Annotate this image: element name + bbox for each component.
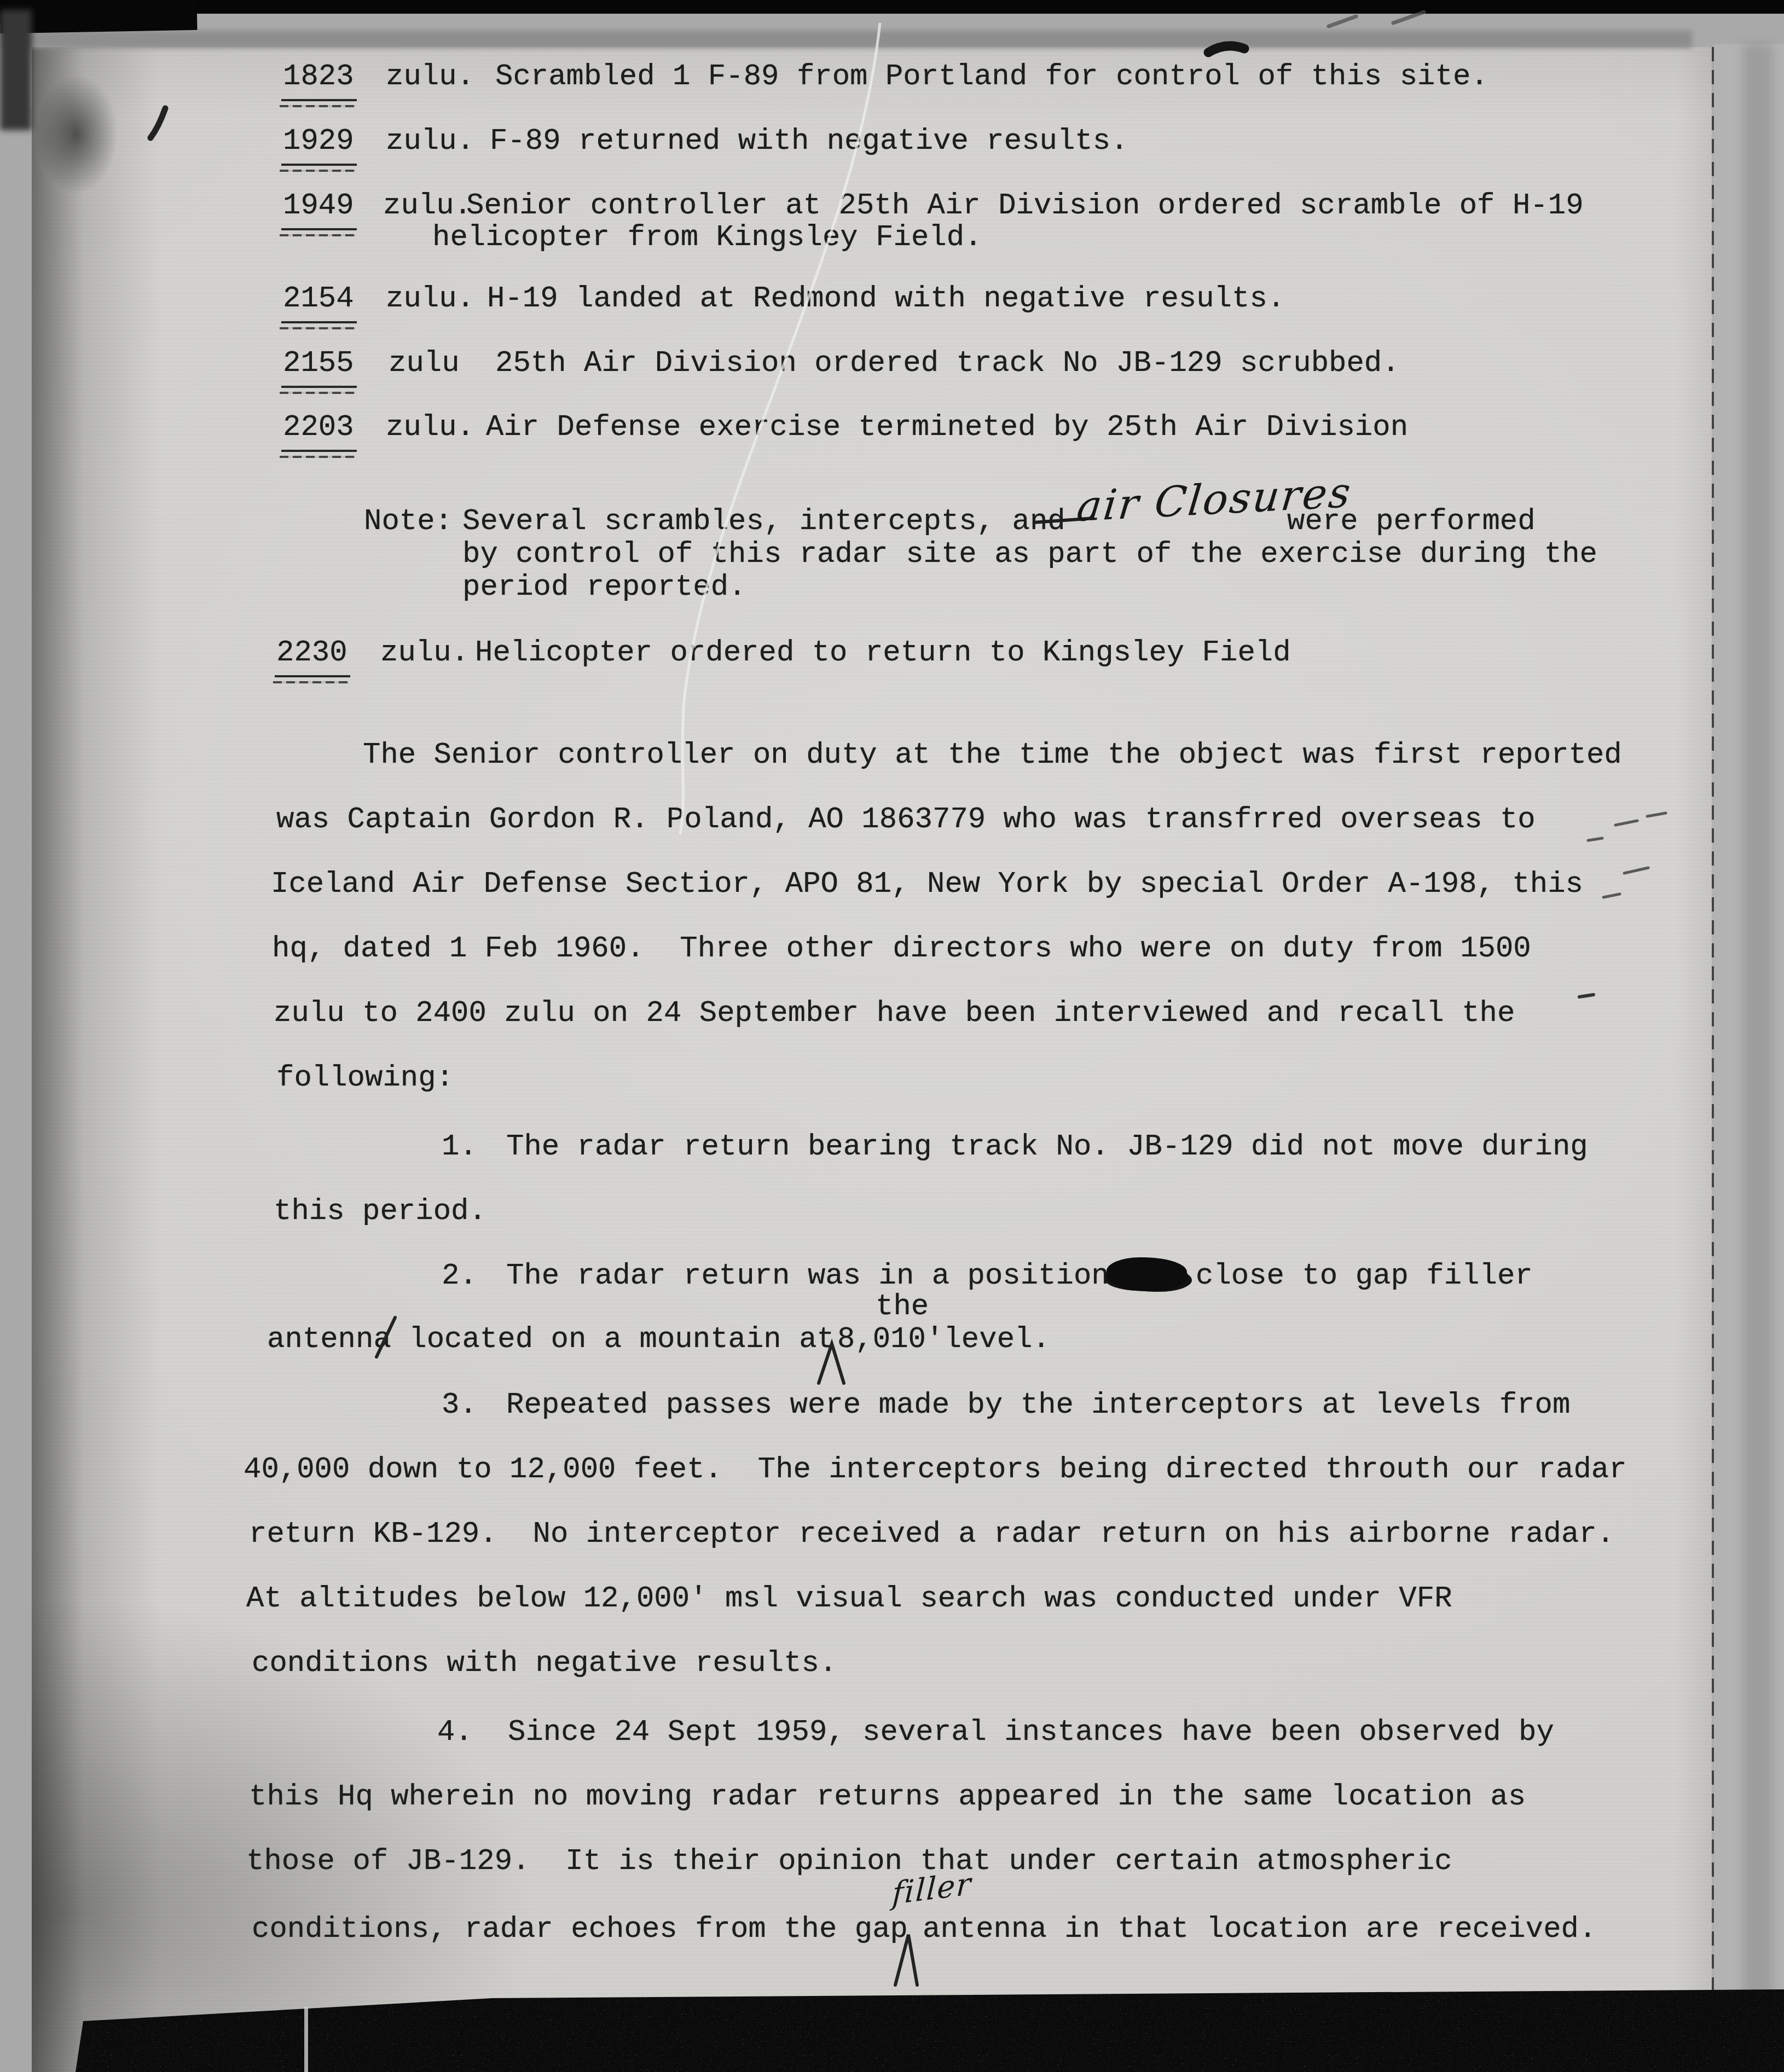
log-time: 1823 [283, 61, 354, 93]
note-line1: Several scrambles, intercepts, and [462, 506, 1065, 538]
list-item-text: 40,000 down to 12,000 feet. The intercep… [244, 1454, 1627, 1486]
list-item-text: those of JB-129. It is their opinion tha… [246, 1846, 1452, 1878]
log-entry: 2203 [283, 412, 354, 444]
note-line2: by control of this radar site as part of… [462, 539, 1597, 571]
log-text: Air Defense exercise termineted by 25th … [486, 412, 1408, 444]
log-zulu: zulu. [386, 126, 474, 158]
typed-insertion: the [876, 1291, 929, 1323]
scan-streak [0, 31, 1692, 48]
list-item-text: this Hq wherein no moving radar returns … [249, 1781, 1526, 1813]
list-item-number: 1. [442, 1131, 477, 1163]
scan-top-border [0, 0, 1784, 14]
scan-left-smudge [22, 55, 131, 213]
scanned-document: { "doc": { "entries": [ {"time":"1823","… [0, 0, 1784, 2072]
log-entry: 1823 [283, 61, 354, 93]
log-time: 2230 [276, 637, 347, 669]
log-zulu: zulu. [383, 190, 472, 222]
log-time: 2203 [283, 412, 354, 444]
list-item-text: conditions, radar echoes from the gap [252, 1914, 908, 1946]
list-item-text: Repeated passes were made by the interce… [506, 1390, 1570, 1421]
page-right-edge [1712, 47, 1714, 1998]
list-item-text: The radar return bearing track No. JB-12… [506, 1131, 1588, 1163]
list-item-text: Since 24 Sept 1959, several instances ha… [508, 1717, 1554, 1749]
list-item-text: antenna in that location are received. [923, 1914, 1596, 1946]
paragraph-line: zulu to 2400 zulu on 24 September have b… [274, 998, 1515, 1030]
paragraph-line: was Captain Gordon R. Poland, AO 1863779… [276, 804, 1536, 836]
note-label: Note: [364, 506, 453, 538]
log-zulu: zulu [389, 348, 460, 380]
note-line1-end: were performed [1287, 506, 1536, 538]
note-line3: period reported. [462, 572, 746, 603]
backing-shadow-stripe [1743, 44, 1773, 1997]
list-item-number: 4. [437, 1717, 473, 1749]
list-item-text: The radar return was in a position [506, 1261, 1109, 1292]
log-entry: 2155 [283, 348, 354, 380]
log-text: H-19 landed at Redmond with negative res… [487, 283, 1285, 315]
log-entry: 2154 [283, 283, 354, 315]
log-text: Helicopter ordered to return to Kingsley… [475, 637, 1291, 669]
log-zulu: zulu. [380, 637, 469, 669]
log-zulu: zulu. [386, 412, 474, 444]
log-text: F-89 returned with negative results. [490, 126, 1128, 158]
log-time: 2155 [283, 348, 354, 380]
redaction-blob [1107, 1257, 1188, 1291]
log-text: Scrambled 1 F-89 from Portland for contr… [495, 61, 1488, 93]
list-item-text: At altitudes below 12,000' msl visual se… [246, 1583, 1452, 1615]
log-time: 1949 [283, 190, 354, 222]
list-item-number: 3. [442, 1390, 477, 1421]
list-item-text: this period. [274, 1196, 486, 1228]
list-item-text: conditions with negative results. [252, 1648, 837, 1680]
log-entry: 2230 [276, 637, 347, 669]
log-text-continuation: helicopter from Kingsley Field. [432, 222, 982, 254]
list-item-text: close to gap filler [1196, 1261, 1533, 1292]
paragraph-line: Iceland Air Defense Sectior, APO 81, New… [271, 869, 1583, 901]
log-zulu: zulu. [386, 283, 474, 315]
list-item-text: 8,010'level. [837, 1324, 1050, 1356]
list-item-text: antenna located on a mountain at [267, 1324, 835, 1356]
log-text: 25th Air Division ordered track No JB-12… [495, 348, 1400, 380]
paragraph-line: The Senior controller on duty at the tim… [363, 740, 1622, 771]
log-entry: 1929 [283, 126, 354, 158]
log-entry: 1949 [283, 190, 354, 222]
paragraph-line: following: [276, 1063, 454, 1094]
log-text: Senior controller at 25th Air Division o… [466, 190, 1584, 222]
list-item-text: return KB-129. No interceptor received a… [249, 1519, 1614, 1551]
log-time: 2154 [283, 283, 354, 315]
log-zulu: zulu. [386, 61, 474, 93]
paragraph-line: hq, dated 1 Feb 1960. Three other direct… [272, 933, 1531, 965]
list-item-number: 2. [442, 1261, 477, 1292]
log-time: 1929 [283, 126, 354, 158]
